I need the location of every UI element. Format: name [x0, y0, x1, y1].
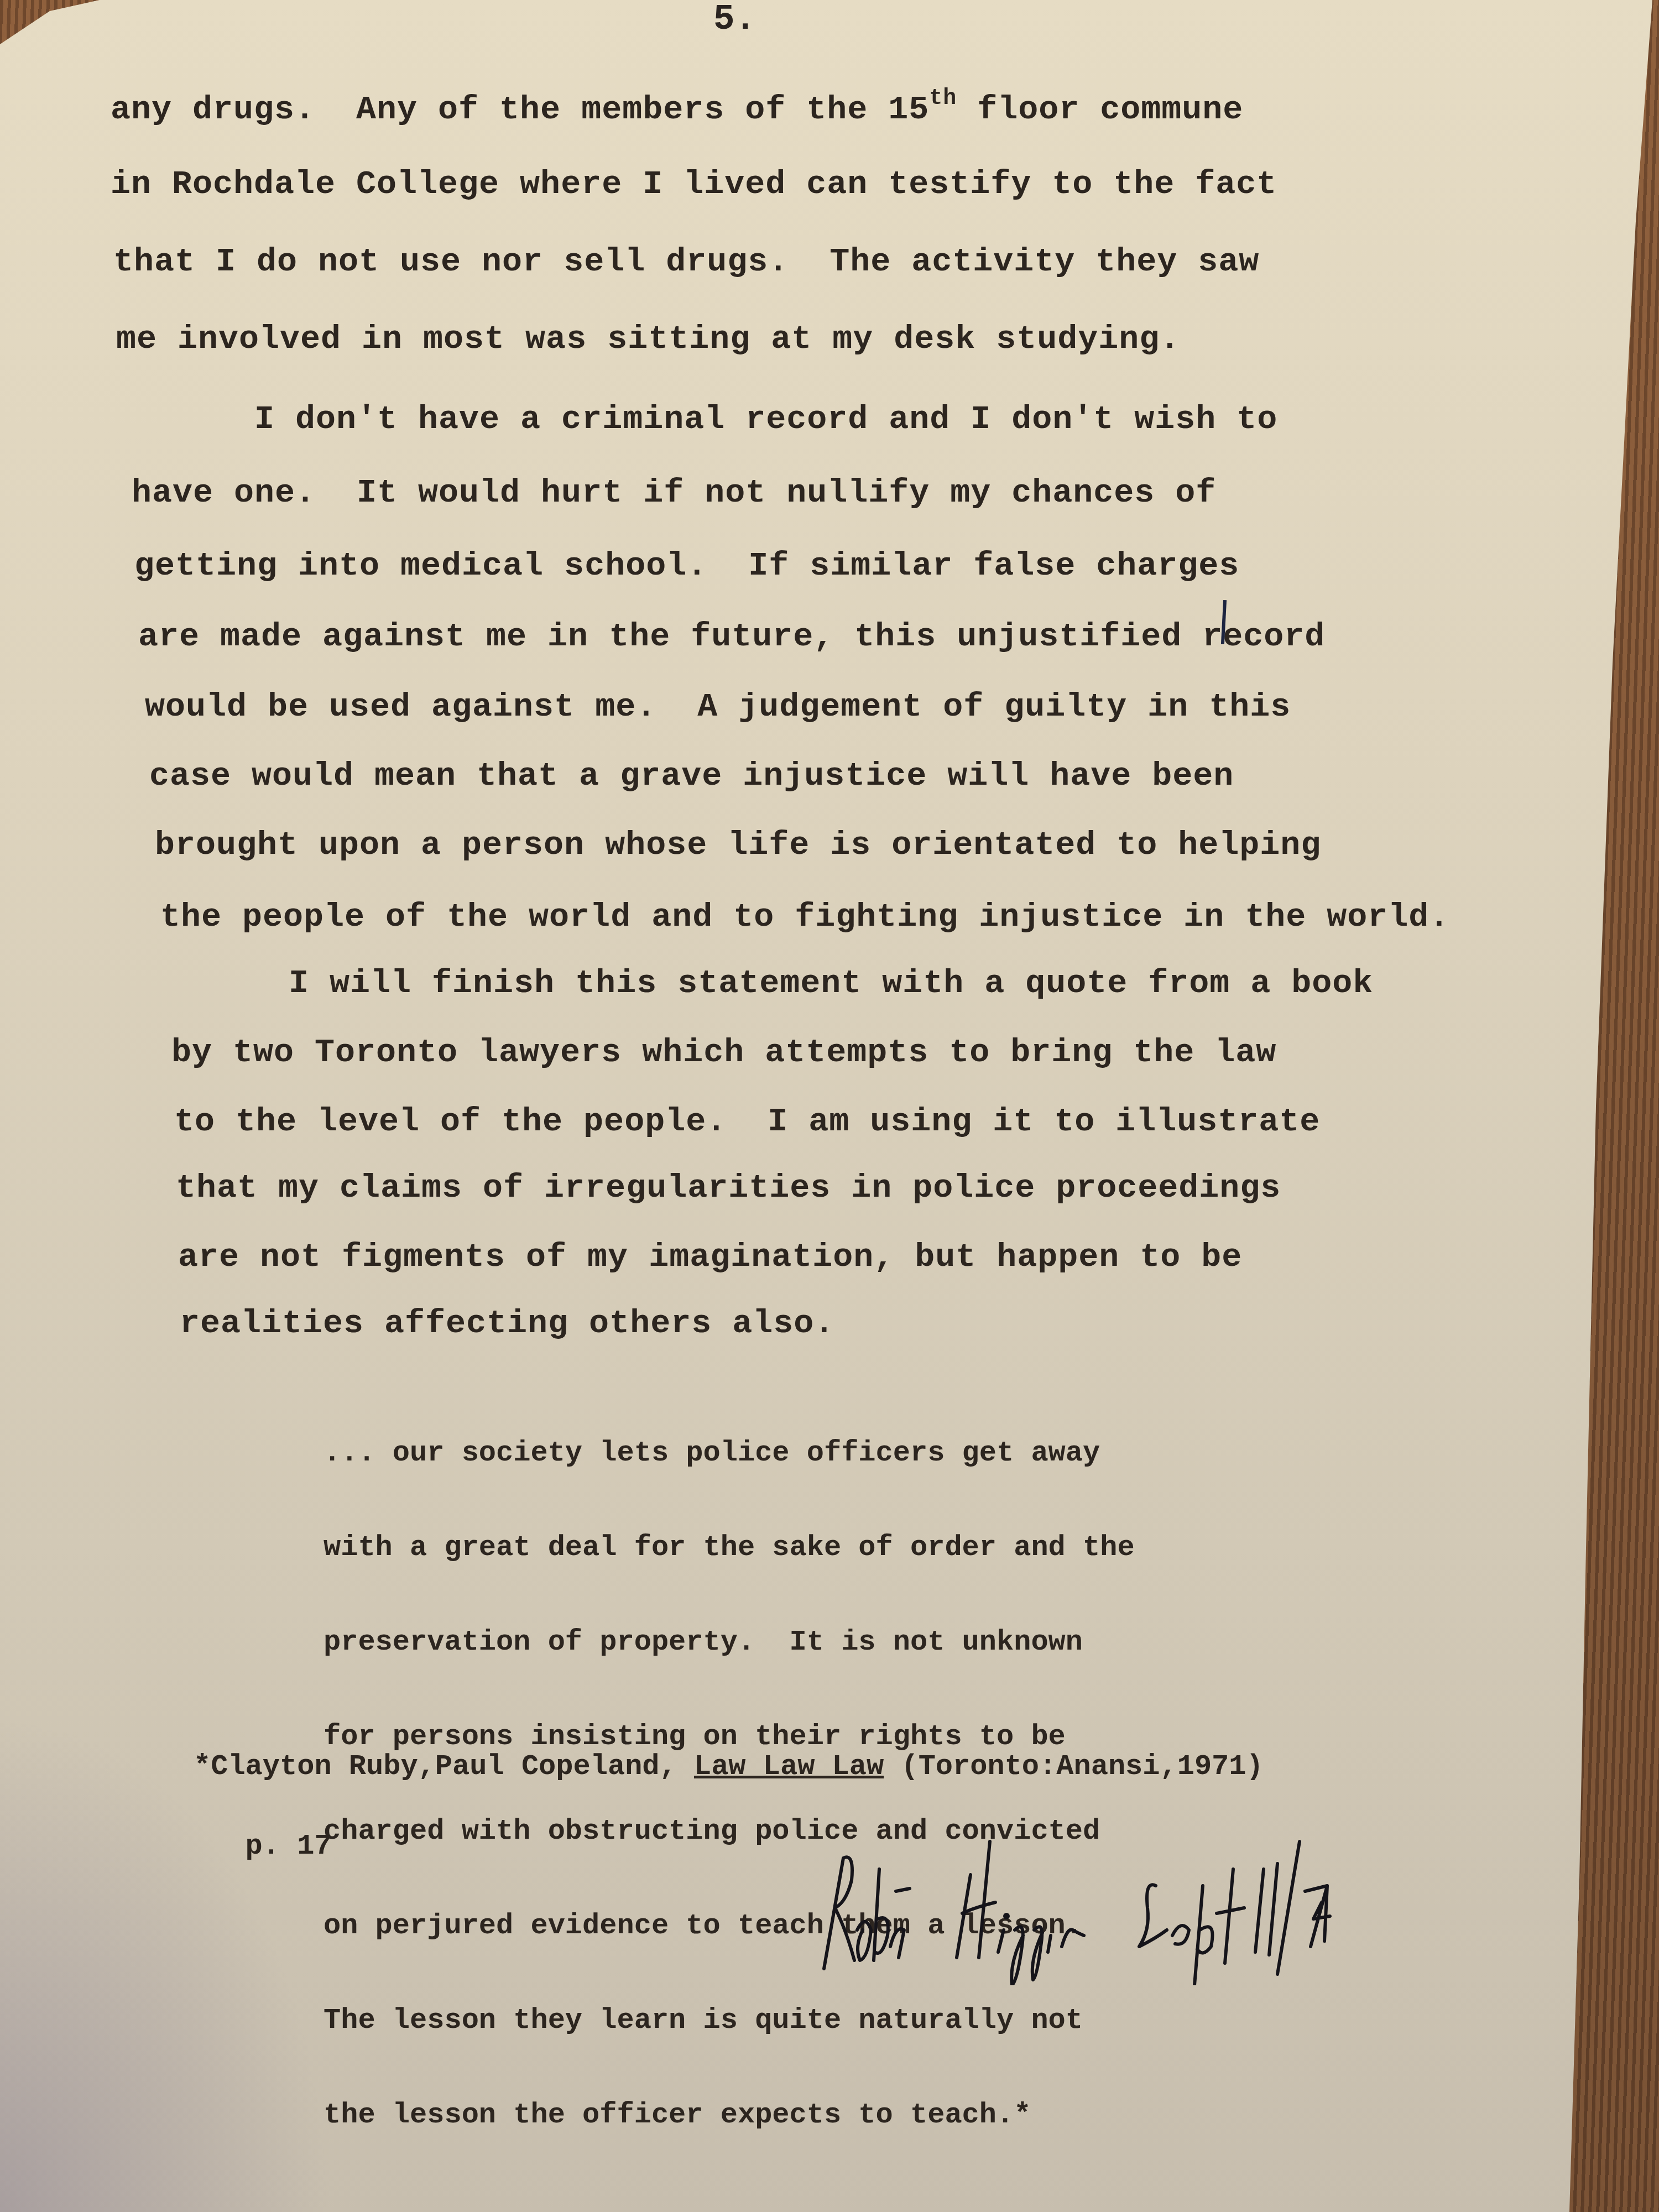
handwritten-signature [813, 1819, 1543, 1985]
paragraph-2-line-4: are made against me in the future, this … [138, 618, 1325, 656]
paragraph-1-line-1: any drugs. Any of the members of the 15t… [111, 91, 1243, 129]
quote-line: the lesson the officer expects to teach.… [324, 2099, 1135, 2131]
quote-line: The lesson they learn is quite naturally… [324, 2005, 1135, 2036]
paragraph-3-line-4: that my claims of irregularities in poli… [176, 1170, 1281, 1207]
footnote-authors: *Clayton Ruby,Paul Copeland, [194, 1750, 694, 1783]
footnote-publisher: (Toronto:Anansi,1971) [884, 1750, 1264, 1783]
page-number: 5. [713, 0, 756, 40]
paragraph-3-line-5: are not figments of my imagination, but … [178, 1239, 1242, 1276]
quote-line: with a great deal for the sake of order … [324, 1532, 1135, 1563]
document-page: 5. any drugs. Any of the members of the … [0, 0, 1659, 2212]
paragraph-2-line-5: would be used against me. A judgement of… [145, 688, 1291, 726]
footnote-book-title: Law Law Law [694, 1750, 884, 1783]
footnote-line-1: *Clayton Ruby,Paul Copeland, Law Law Law… [194, 1754, 1264, 1780]
paragraph-1-line-2: in Rochdale College where I lived can te… [111, 166, 1277, 204]
paragraph-3-line-3: to the level of the people. I am using i… [174, 1103, 1320, 1141]
paragraph-2-line-1: I don't have a criminal record and I don… [132, 401, 1277, 439]
paragraph-1-line-4: me involved in most was sitting at my de… [116, 321, 1180, 358]
paragraph-3-line-1: I will finish this statement with a quot… [166, 965, 1373, 1003]
paragraph-2-line-2: have one. It would hurt if not nullify m… [132, 474, 1216, 512]
paragraph-2-line-6: case would mean that a grave injustice w… [149, 758, 1234, 795]
paragraph-2-line-7: brought upon a person whose life is orie… [155, 827, 1321, 864]
line-text-continued: floor commune [957, 91, 1243, 129]
line-text: any drugs. Any of the members of the 15 [111, 91, 929, 129]
paragraph-3-line-2: by two Toronto lawyers which attempts to… [171, 1034, 1276, 1072]
quote-line: preservation of property. It is not unkn… [324, 1626, 1135, 1658]
superscript-th: th [929, 86, 957, 111]
quote-line: ... our society lets police officers get… [324, 1437, 1135, 1469]
paragraph-1-line-3: that I do not use nor sell drugs. The ac… [113, 243, 1259, 281]
paragraph-2-line-8: the people of the world and to fighting … [160, 899, 1449, 936]
paragraph-3-line-6: realities affecting others also. [180, 1305, 834, 1343]
paragraph-2-line-3: getting into medical school. If similar … [134, 547, 1239, 585]
